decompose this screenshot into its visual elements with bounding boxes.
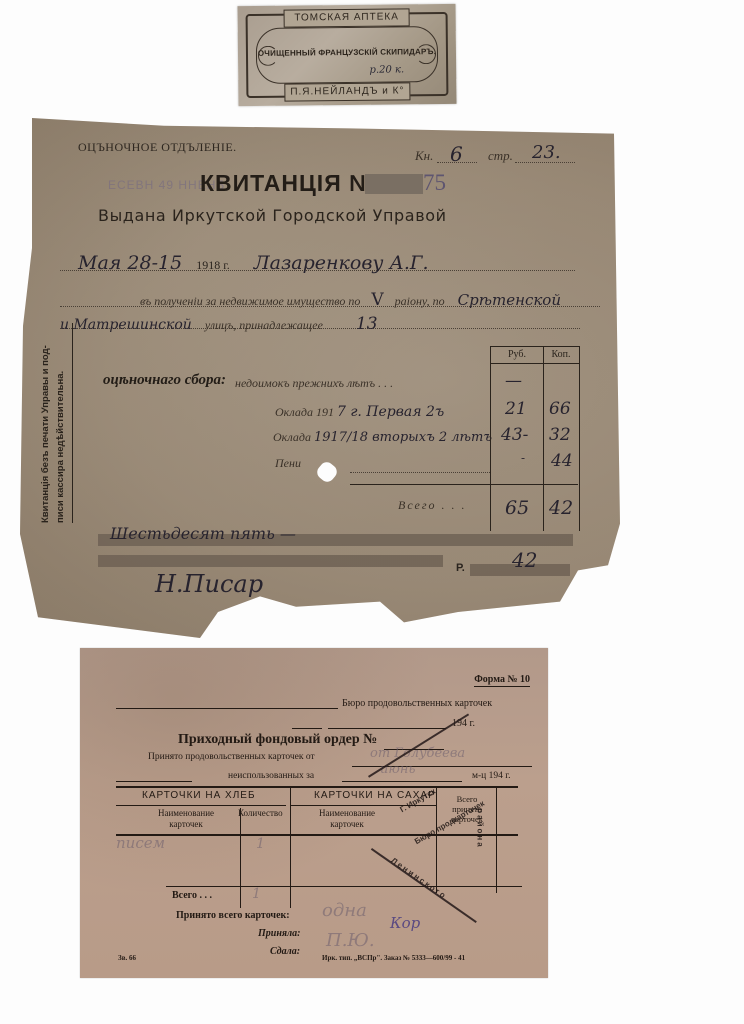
assessment-2-row: Оклада 1917/18 вторыхъ 2 лѣтъ (273, 430, 492, 445)
punch-hole (314, 459, 339, 484)
handwritten-kop: 42 (512, 548, 537, 572)
printed-year: 1918 г. (196, 258, 230, 272)
cashier-signature: Н.Писар (155, 570, 263, 598)
accepted-total-label: Принято всего карточек: (176, 910, 290, 921)
penalty-kop: 44 (551, 451, 573, 471)
stamp-text-district: Ленинского (389, 856, 448, 901)
accepted-from-blank (352, 766, 532, 767)
property-text: въ полученіи за недвижимое имущество по (140, 294, 360, 308)
validity-note-line-1: Квитанція безъ печати Управы и под- (38, 323, 53, 523)
amount-table: Руб. Коп. — 21 66 43- 32 - 44 65 42 (490, 346, 580, 531)
page-value: 23. (532, 142, 561, 163)
bureau-label: Бюро продовольственных карточек (342, 698, 492, 709)
issued-by: Выдана Иркутской Городской Управой (98, 206, 447, 225)
sugar-col-divider (436, 788, 437, 893)
bread-col-divider (240, 808, 241, 908)
ruble-marker: Р. (456, 562, 465, 574)
form-number: Форма № 10 (474, 674, 530, 687)
sugar-name-header: Наименование карточек (302, 808, 392, 830)
assessment-2-handwritten: 1917/18 вторыхъ 2 лѣтъ (314, 430, 492, 445)
penalty-dotline (350, 472, 490, 473)
receipt-title: КВИТАНЦІЯ № (200, 170, 376, 197)
assessment-1-row: Оклада 191 7 г. Первая 2ъ (275, 404, 444, 420)
property-line: въ полученіи за недвижимое имущество по … (140, 290, 561, 310)
fee-heading: оцѣночнаго сбора: (103, 372, 226, 389)
pharmacy-label: ТОМСКАЯ АПТЕКА ОЧИЩЕННЫЙ ФРАНЦУЗСКІЙ СКИ… (237, 4, 456, 106)
amount-words-bar-2 (98, 555, 443, 567)
kop-column-header: Коп. (543, 347, 579, 364)
vertical-validity-note: Квитанція безъ печати Управы и под- писи… (38, 323, 73, 523)
accepted-from-label: Принято продовольственных карточек от (148, 752, 315, 762)
penalty-row-label: Пени (275, 456, 301, 471)
tax-receipt: ОЦЪНОЧНОЕ ОТДЪЛЕНІЕ. Кн. 6 стр. 23. ЕСЕВ… (20, 118, 620, 638)
unused-label: неиспользованных за (228, 771, 314, 781)
handwritten-street-2: и Матрешинской (60, 317, 192, 333)
total-rub: 65 (505, 497, 529, 519)
assessment-1-kop: 66 (549, 399, 571, 419)
unused-month-blank (342, 781, 462, 782)
bread-name-header: Наименование карточек (144, 808, 228, 830)
arrears-row-label: недоимокъ прежнихъ лѣтъ . . . (235, 376, 393, 391)
assessment-1-rub: 21 (505, 399, 527, 419)
handwritten-date: Мая 28-15 (78, 252, 182, 274)
redacted-number (365, 174, 423, 194)
receipt-number-tail: 75 (423, 170, 446, 196)
bread-section-title: КАРТОЧКИ НА ХЛЕБ (142, 790, 256, 801)
food-card-receipt-order: Форма № 10 Бюро продовольственных карточ… (80, 648, 548, 978)
handwritten-house: 13 (356, 314, 378, 334)
handed-by-pencil: П.Ю. (326, 930, 375, 951)
district-suffix: раіону, по (395, 294, 445, 308)
printer-info: Ирк. тип. „ВСПр". Заказ № 5333—600/99 - … (322, 954, 465, 962)
total-kop: 42 (549, 497, 573, 519)
print-code: Зв. 66 (118, 954, 136, 962)
label-company-name: П.Я.НЕЙЛАНДЪ и К° (284, 82, 410, 101)
date-month-blank (328, 728, 446, 729)
month-year: м-ц 194 г. (472, 771, 510, 781)
penalty-rub: - (521, 451, 525, 465)
bread-qty-header: Количество (238, 808, 282, 819)
column-divider (543, 347, 544, 531)
date-day-blank (292, 728, 322, 729)
label-pharmacy-name: ТОМСКАЯ АПТЕКА (284, 8, 410, 27)
row-pencil-qty: 1 (256, 836, 265, 852)
department-heading: ОЦЪНОЧНОЕ ОТДЪЛЕНІЕ. (78, 140, 237, 155)
received-by-label: Приняла: (258, 928, 301, 939)
bread-subheader-rule (116, 805, 286, 806)
row-pencil-name: писем (116, 834, 165, 852)
received-by-signature: Кор (390, 914, 420, 932)
table-top-rule (116, 786, 518, 788)
total-rule (166, 886, 522, 887)
label-price: р.20 к. (369, 64, 404, 75)
handed-by-label: Сдала: (270, 946, 300, 957)
assessment-2-rub: 43- (501, 425, 528, 445)
assessment-1-handwritten: 7 г. Первая 2ъ (337, 404, 444, 420)
date-payer-line: Мая 28-15 1918 г. Лазаренкову А.Г. (78, 252, 429, 274)
amount-in-words: Шестьдесят пять — (110, 524, 296, 543)
assessment-2-kop: 32 (549, 425, 571, 445)
section-divider (290, 788, 291, 908)
street-text: улицъ, принадлежащее (205, 318, 323, 332)
total-label: Всего . . . (172, 890, 212, 901)
street-line: и Матрешинской улицъ, принадлежащее 13 (60, 314, 378, 334)
accepted-from-pencil: от Голубеева (370, 746, 465, 761)
page-label: стр. (488, 148, 513, 164)
handwritten-payer: Лазаренкову А.Г. (254, 252, 429, 274)
total-col-divider (496, 788, 497, 893)
bureau-blank (116, 708, 338, 709)
unused-blank-left (116, 781, 192, 782)
book-value: 6 (450, 142, 463, 166)
order-title: Приходный фондовый ордер № (178, 732, 377, 748)
book-label: Кн. (415, 148, 433, 164)
rub-column-header: Руб. (491, 347, 543, 364)
validity-note-line-2: писи кассира недѣйствительна. (53, 323, 68, 523)
total-row-label: Всего . . . (398, 498, 467, 513)
accepted-total-pencil: одна (322, 900, 367, 921)
stamp-text-region: района (476, 808, 485, 848)
assessment-2-label: Оклада (273, 430, 311, 444)
handwritten-street-1: Срѣтенской (458, 291, 561, 309)
handwritten-district: V (371, 290, 383, 310)
total-qty-pencil: 1 (252, 886, 261, 902)
arrears-rub: — (505, 371, 522, 391)
assessment-1-label: Оклада 191 (275, 405, 334, 419)
table-header-rule (116, 834, 518, 836)
